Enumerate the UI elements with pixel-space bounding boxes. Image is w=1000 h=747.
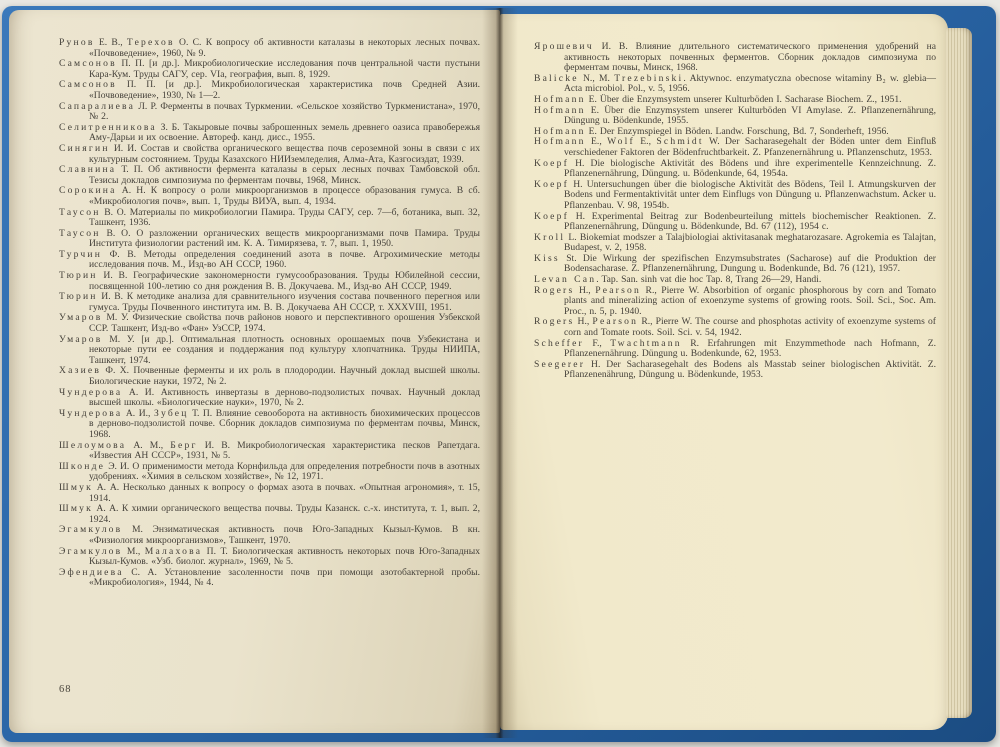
bibliography-entry: Тюрин И. В. Географические закономерност… <box>59 271 480 292</box>
bibliography-entry: Rogers H., Pearson R., Pierre W. Absorbi… <box>534 286 936 318</box>
bibliography-entry: Самсонов П. П. [и др.]. Микробиологическ… <box>59 59 480 80</box>
author-name: Самсонов <box>59 58 117 69</box>
entry-text: St. Die Wirkung der spezifischen Enzymsu… <box>560 253 936 275</box>
author-name: Hofmann <box>534 136 586 147</box>
entry-text: М., <box>122 546 144 557</box>
entry-text: E. Der Enzymspiegel in Böden. Landw. For… <box>586 126 889 137</box>
bibliography-entry: Эгамкулов М., Малахова П. Т. Биологическ… <box>59 547 480 568</box>
bibliography-entry: Селитренникова З. Б. Такыровые почвы заб… <box>59 123 480 144</box>
bibliography-entry: Эгамкулов М. Энзиматическая активность п… <box>59 525 480 546</box>
entry-text: Ф. В. Методы определения соединений азот… <box>89 249 480 271</box>
entry-text: E., <box>635 136 657 147</box>
entry-text: Л. Р. Ферменты в почвах Туркмении. «Сель… <box>89 101 480 123</box>
author-name: Hofmann <box>534 126 586 137</box>
entry-text: Е. В., <box>95 37 127 48</box>
bibliography-entry: Таусон В. О. О разложении органических в… <box>59 229 480 250</box>
bibliography-entry: Шмук А. А. Несколько данных к вопросу о … <box>59 483 480 504</box>
bibliography-entry: Чундерова А. И., Зубец Т. П. Влияние сев… <box>59 409 480 441</box>
entry-text: E., <box>586 136 608 147</box>
entry-text: В. О. О разложении органических веществ … <box>89 228 480 250</box>
entry-text: А. А. Несколько данных к вопросу о форма… <box>89 482 480 504</box>
entry-text: L. Biokemiat modszer a Talajbiologiai ak… <box>564 232 936 254</box>
bibliography-entry: Умаров М. У. [и др.]. Оптимальная плотно… <box>59 335 480 367</box>
author-name: Wolf <box>607 136 635 147</box>
author-name: Зубец <box>154 408 189 419</box>
author-name: Levan Can <box>534 274 596 285</box>
entry-text: М. Энзиматическая активность почв Юго-За… <box>89 524 480 546</box>
author-name: Чундерова <box>59 408 122 419</box>
bibliography-entry: Шконде Э. И. О применимости метода Корнф… <box>59 462 480 483</box>
entry-text: И. В. К методике анализа для сравнительн… <box>89 291 480 313</box>
author-name: Seegerer <box>534 359 585 370</box>
entry-text: Т. П. Об активности фермента каталазы в … <box>89 164 480 186</box>
author-name: Умаров <box>59 312 103 323</box>
author-name: Малахова <box>145 546 202 557</box>
entry-text: И. В. Географические закономерности гуму… <box>89 270 480 292</box>
bibliography-entry: Seegerer H. Der Sacharasegehalt des Bode… <box>534 360 936 381</box>
entry-text: А. М., <box>126 440 170 451</box>
entry-text: N., M. <box>579 73 615 84</box>
author-name: Тюрин <box>59 270 98 281</box>
author-name: Rogers <box>534 285 574 296</box>
author-name: Koepf <box>534 211 569 222</box>
bibliography-entry: Шелоумова А. М., Берг И. В. Микробиологи… <box>59 441 480 462</box>
entry-text: . Tap. San. sinh vat die hoc Tap. 8, Tra… <box>596 274 821 285</box>
bibliography-entry: Ярошевич И. В. Влияние длительного систе… <box>534 42 936 74</box>
book-scan: Рунов Е. В., Терехов О. С. К вопросу об … <box>0 0 1000 747</box>
bibliography-entry: Сорокина А. Н. К вопросу о роли микроорг… <box>59 186 480 207</box>
author-name: Синягин <box>59 143 110 154</box>
author-name: Сорокина <box>59 185 117 196</box>
entry-text: H. Experimental Beitrag zur Bodenbeurtei… <box>564 211 936 233</box>
right-page: Ярошевич И. В. Влияние длительного систе… <box>500 14 948 730</box>
left-page: Рунов Е. В., Терехов О. С. К вопросу об … <box>9 10 500 733</box>
author-name: Эгамкулов <box>59 524 122 535</box>
bibliography-entry: Тюрин И. В. К методике анализа для сравн… <box>59 292 480 313</box>
bibliography-entry: Умаров М. У. Физические свойства почв ра… <box>59 313 480 334</box>
bibliography-entry: Kroll L. Biokemiat modszer a Talajbiolog… <box>534 233 936 254</box>
author-name: Таусон <box>59 228 101 239</box>
bibliography-entry: Синягин И. И. Состав и свойства органиче… <box>59 144 480 165</box>
author-name: Koepf <box>534 158 569 169</box>
bibliography-entry: Сапаралиева Л. Р. Ферменты в почвах Турк… <box>59 102 480 123</box>
bibliography-entry: Rogers H., Pearson R., Pierre W. The cou… <box>534 317 936 338</box>
author-name: Twachtmann <box>610 338 681 349</box>
bibliography-entry: Чундерова А. И. Активность инвертазы в д… <box>59 388 480 409</box>
entry-text: E. Über die Enzymsystem unserer Kulturbö… <box>586 94 902 105</box>
author-name: Славнина <box>59 164 116 175</box>
entry-text: А. Н. К вопросу о роли микроорганизмов в… <box>89 185 480 207</box>
author-name: Trezebinski <box>614 73 683 84</box>
author-name: Эгамкулов <box>59 546 122 557</box>
bibliography-entry: Koepf H. Untersuchungen über die biologi… <box>534 180 936 212</box>
bibliography-entry: Рунов Е. В., Терехов О. С. К вопросу об … <box>59 38 480 59</box>
entry-text: H., <box>574 316 592 327</box>
entry-text: П. П. [и др.]. Микробиологическая характ… <box>89 79 480 101</box>
bibliography-entry: Самсонов П. П. [и др.]. Микробиологическ… <box>59 80 480 101</box>
bibliography-entry: Kiss St. Die Wirkung der spezifischen En… <box>534 254 936 275</box>
left-page-entries: Рунов Е. В., Терехов О. С. К вопросу об … <box>59 38 480 589</box>
entry-text: И. И. Состав и свойства органического ве… <box>89 143 480 165</box>
author-name: Рунов <box>59 37 95 48</box>
author-name: Hofmann <box>534 94 586 105</box>
author-name: Koepf <box>534 179 569 190</box>
author-name: Хазиев <box>59 365 101 376</box>
author-name: Pearson <box>592 316 638 327</box>
author-name: Scheffer <box>534 338 584 349</box>
author-name: Schmidt <box>656 136 703 147</box>
bibliography-entry: Хазиев Ф. Х. Почвенные ферменты и их рол… <box>59 366 480 387</box>
bibliography-entry: Шмук А. А. К химии органического веществ… <box>59 504 480 525</box>
author-name: Селитренникова <box>59 122 157 133</box>
author-name: Pearson <box>595 285 641 296</box>
entry-text: H., <box>574 285 595 296</box>
bibliography-entry: Hofmann E. Über die Enzymsystem unserer … <box>534 106 936 127</box>
entry-text: М. У. [и др.]. Оптимальная плотность осн… <box>89 334 480 366</box>
author-name: Эфендиева <box>59 567 124 578</box>
author-name: Чундерова <box>59 387 122 398</box>
author-name: Берг <box>170 440 197 451</box>
entry-text: Э. И. О применимости метода Корнфильда д… <box>89 461 480 483</box>
bibliography-entry: Balicke N., M. Trezebinski. Aktywnoc. en… <box>534 74 936 95</box>
bibliography-entry: Scheffer F., Twachtmann R. Erfahrungen m… <box>534 339 936 360</box>
entry-text: С. А. Установление засоленности почв при… <box>89 567 480 589</box>
page-number: 68 <box>59 684 72 695</box>
entry-text: В. О. Материалы по микробиологии Памира.… <box>89 207 480 229</box>
entry-text: И. В. Влияние длительного систематическо… <box>564 41 936 73</box>
author-name: Таусон <box>59 207 101 218</box>
author-name: Hofmann <box>534 105 586 116</box>
entry-text: М. У. Физические свойства почв районов н… <box>89 312 480 334</box>
author-name: Самсонов <box>59 79 117 90</box>
bibliography-entry: Таусон В. О. Материалы по микробиологии … <box>59 208 480 229</box>
author-name: Kiss <box>534 253 560 264</box>
entry-text: H. Die biologische Aktivität des Bödens … <box>564 158 936 180</box>
entry-text: П. П. [и др.]. Микробиологические исслед… <box>89 58 480 80</box>
author-name: Тюрин <box>59 291 98 302</box>
bibliography-entry: Koepf H. Die biologische Aktivität des B… <box>534 159 936 180</box>
author-name: Шелоумова <box>59 440 126 451</box>
author-name: Терехов <box>127 37 175 48</box>
author-name: Турчин <box>59 249 102 260</box>
entry-text: F., <box>584 338 610 349</box>
author-name: Ярошевич <box>534 41 594 52</box>
author-name: Шмук <box>59 482 93 493</box>
entry-text: Ф. Х. Почвенные ферменты и их роль в пло… <box>89 365 480 387</box>
entry-text: H. Der Sacharasegehalt des Bodens als Ma… <box>564 359 936 381</box>
author-name: Kroll <box>534 232 565 243</box>
entry-text: А. И. Активность инвертазы в дерново-под… <box>89 387 480 409</box>
author-name: Balicke <box>534 73 579 84</box>
page-edges-stack <box>946 28 972 718</box>
right-page-entries: Ярошевич И. В. Влияние длительного систе… <box>534 42 936 381</box>
entry-text: А. А. К химии органического вещества поч… <box>89 503 480 525</box>
author-name: Шконде <box>59 461 105 472</box>
entry-text: E. Über die Enzymsystem unserer Kulturbö… <box>564 105 936 127</box>
author-name: Умаров <box>59 334 103 345</box>
author-name: Сапаралиева <box>59 101 135 112</box>
entry-text: А. И., <box>122 408 154 419</box>
bibliography-entry: Славнина Т. П. Об активности фермента ка… <box>59 165 480 186</box>
author-name: Шмук <box>59 503 93 514</box>
entry-text: H. Untersuchungen über die biologische A… <box>564 179 936 211</box>
bibliography-entry: Koepf H. Experimental Beitrag zur Bodenb… <box>534 212 936 233</box>
author-name: Rogers <box>534 316 574 327</box>
bibliography-entry: Турчин Ф. В. Методы определения соединен… <box>59 250 480 271</box>
bibliography-entry: Hofmann E., Wolf E., Schmidt W. Der Sach… <box>534 137 936 158</box>
bibliography-entry: Эфендиева С. А. Установление засоленност… <box>59 568 480 589</box>
